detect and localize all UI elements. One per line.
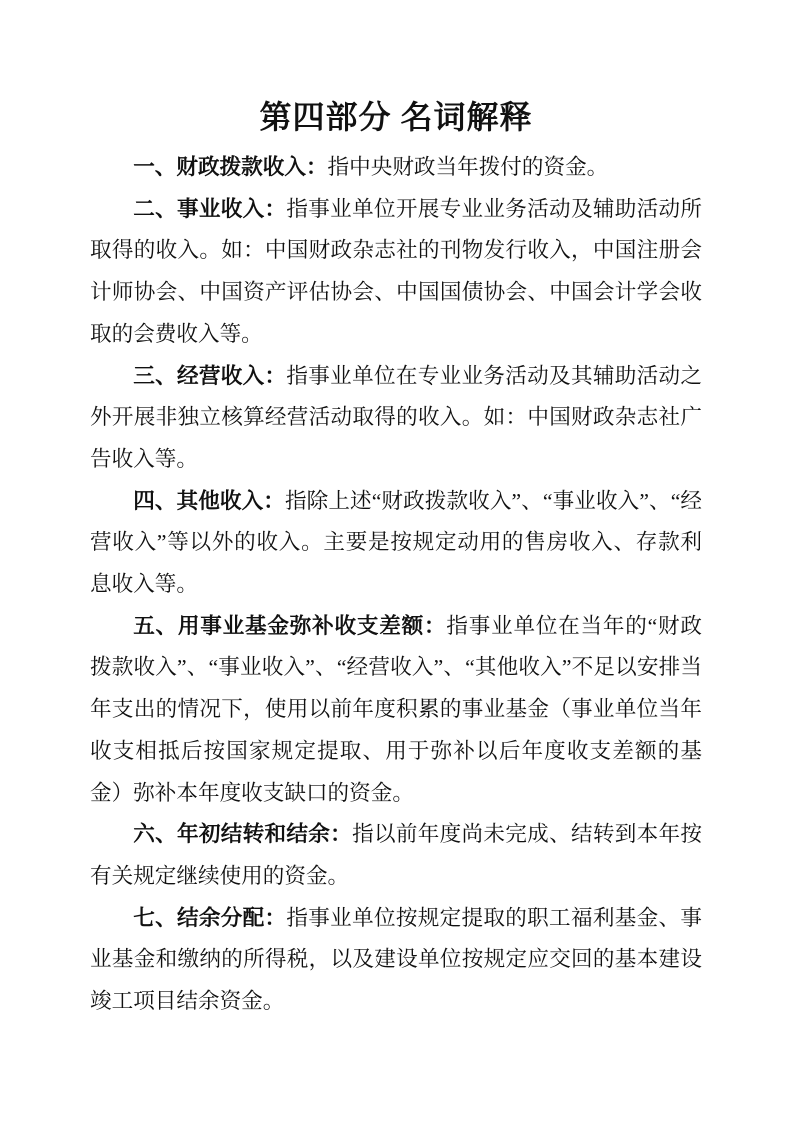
glossary-item-5: 五、用事业基金弥补收支差额：指事业单位在当年的“财政拨款收入”、“事业收入”、“… xyxy=(90,606,702,815)
glossary-item-6: 六、年初结转和结余：指以前年度尚未完成、结转到本年按有关规定继续使用的资金。 xyxy=(90,814,702,897)
glossary-list: 一、财政拨款收入：指中央财政当年拨付的资金。 二、事业收入：指事业单位开展专业业… xyxy=(90,147,702,1023)
glossary-term: 一、财政拨款收入： xyxy=(133,155,327,179)
glossary-item-4: 四、其他收入：指除上述“财政拨款收入”、“事业收入”、“经营收入”等以外的收入。… xyxy=(90,481,702,606)
page-title: 第四部分 名词解释 xyxy=(90,95,702,139)
glossary-term: 六、年初结转和结余： xyxy=(133,822,352,846)
glossary-item-3: 三、经营收入：指事业单位在专业业务活动及其辅助活动之外开展非独立核算经营活动取得… xyxy=(90,356,702,481)
glossary-term: 二、事业收入： xyxy=(133,197,286,221)
glossary-term: 四、其他收入： xyxy=(133,489,285,513)
glossary-term: 五、用事业基金弥补收支差额： xyxy=(133,614,446,638)
document-body: 第四部分 名词解释 一、财政拨款收入：指中央财政当年拨付的资金。 二、事业收入：… xyxy=(90,95,702,1023)
glossary-definition: 指中央财政当年拨付的资金。 xyxy=(328,155,609,179)
glossary-term: 三、经营收入： xyxy=(133,364,286,388)
glossary-item-1: 一、财政拨款收入：指中央财政当年拨付的资金。 xyxy=(90,147,702,189)
document-page: 第四部分 名词解释 一、财政拨款收入：指中央财政当年拨付的资金。 二、事业收入：… xyxy=(0,0,793,1122)
glossary-term: 七、结余分配： xyxy=(133,906,286,930)
glossary-item-7: 七、结余分配：指事业单位按规定提取的职工福利基金、事业基金和缴纳的所得税，以及建… xyxy=(90,898,702,1023)
glossary-item-2: 二、事业收入：指事业单位开展专业业务活动及辅助活动所取得的收入。如：中国财政杂志… xyxy=(90,189,702,356)
glossary-definition: 指事业单位在当年的“财政拨款收入”、“事业收入”、“经营收入”、“其他收入”不足… xyxy=(90,614,702,805)
